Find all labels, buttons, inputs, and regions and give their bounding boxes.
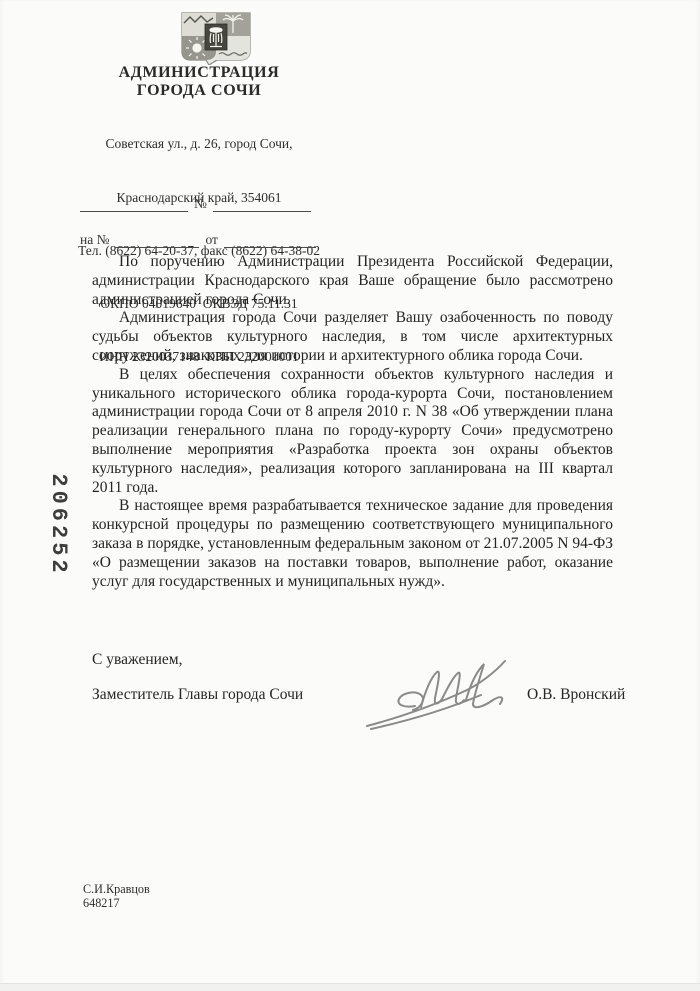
incoming-number-blank	[115, 232, 199, 248]
on-number-label: на №	[80, 232, 109, 248]
org-name-line1: АДМИНИСТРАЦИЯ	[0, 64, 398, 82]
signer-name: О.В. Вронский	[527, 686, 625, 704]
address-line1: Советская ул., д. 26, город Сочи,	[0, 135, 398, 153]
executor-phone: 648217	[83, 896, 150, 910]
sochi-coat-of-arms-icon	[177, 11, 255, 65]
outgoing-ref-row: №	[80, 193, 325, 212]
scanned-letter-page: АДМИНИСТРАЦИЯ ГОРОДА СОЧИ Советская ул.,…	[0, 0, 700, 991]
number-sign-label: №	[194, 196, 207, 212]
incoming-ref-row: на № от	[80, 229, 325, 248]
incoming-date-blank	[224, 232, 316, 248]
paragraph: В целях обеспечения сохранности объектов…	[92, 366, 613, 498]
org-name: АДМИНИСТРАЦИЯ ГОРОДА СОЧИ	[0, 64, 398, 100]
executor-block: С.И.Кравцов 648217	[83, 882, 150, 910]
registration-stamp-number: 206252	[45, 460, 71, 590]
handwritten-signature-icon	[363, 644, 521, 732]
executor-name: С.И.Кравцов	[83, 882, 150, 896]
outgoing-number-blank	[213, 196, 311, 212]
outgoing-date-blank	[80, 196, 188, 212]
org-name-line2: ГОРОДА СОЧИ	[0, 82, 398, 100]
reference-block: № на № от	[80, 193, 325, 248]
paragraph: По поручению Администрации Президента Ро…	[92, 253, 613, 309]
from-label: от	[205, 232, 217, 248]
paragraph: В настоящее время разрабатывается технич…	[92, 497, 613, 591]
paragraph: Администрация города Сочи разделяет Вашу…	[92, 309, 613, 365]
letter-body: По поручению Администрации Президента Ро…	[92, 253, 613, 591]
signer-title: Заместитель Главы города Сочи	[92, 686, 303, 704]
salutation: С уважением,	[92, 651, 183, 669]
